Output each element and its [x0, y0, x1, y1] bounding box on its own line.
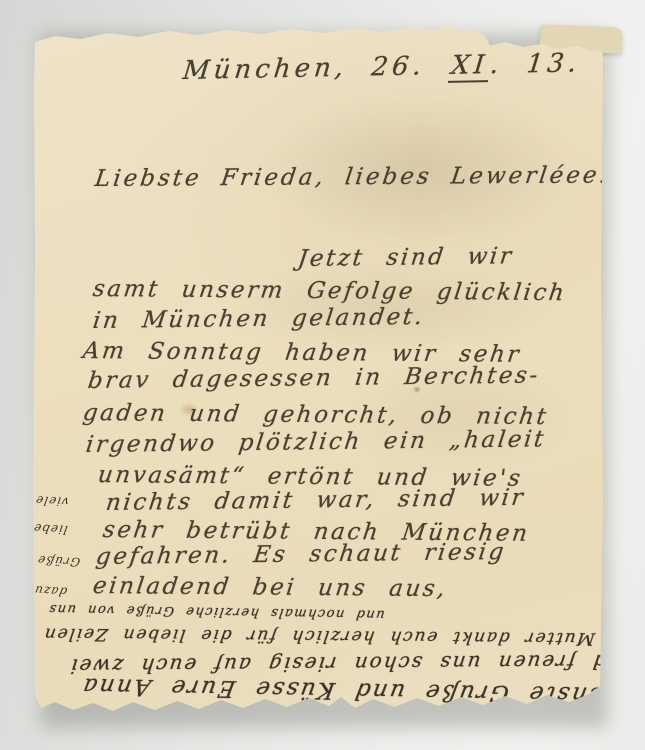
body-line: brav dagesessen in Berchtes-: [86, 362, 541, 394]
margin-note: liebe: [32, 521, 69, 537]
photo-background: München, 26. XI. 13. Liebste Frieda, lie…: [0, 0, 645, 750]
body-line: samt unserm Gefolge glücklich: [91, 276, 568, 306]
date-line: München, 26. XI. 13.: [181, 48, 581, 86]
body-line: in München gelandet.: [91, 304, 426, 334]
inverted-line: und nochmals herzliche Grüße von uns: [47, 601, 386, 622]
margin-note: dazu: [33, 583, 69, 599]
salutation-line: Liebste Frieda, liebes Lewerléee!: [93, 162, 613, 192]
date-place-day: München, 26.: [181, 51, 426, 86]
letter-sheet: München, 26. XI. 13. Liebste Frieda, lie…: [33, 24, 603, 724]
body-line: gefahren. Es schaut riesig: [94, 539, 507, 570]
body-line: Jetzt sind wir: [296, 243, 515, 272]
inverted-line: Mutter dankt euch herzlich für die liebe…: [42, 624, 597, 649]
body-line: einladend bei uns aus,: [91, 573, 449, 602]
margin-note: viele: [34, 493, 70, 509]
body-line: nichts damit war, sind wir: [104, 485, 527, 516]
margin-note: Grüße: [36, 553, 82, 569]
body-line: gaden und gehorcht, ob nicht: [81, 400, 550, 430]
date-month-roman-numeral: XI: [448, 50, 492, 83]
date-year: . 13.: [489, 48, 582, 80]
